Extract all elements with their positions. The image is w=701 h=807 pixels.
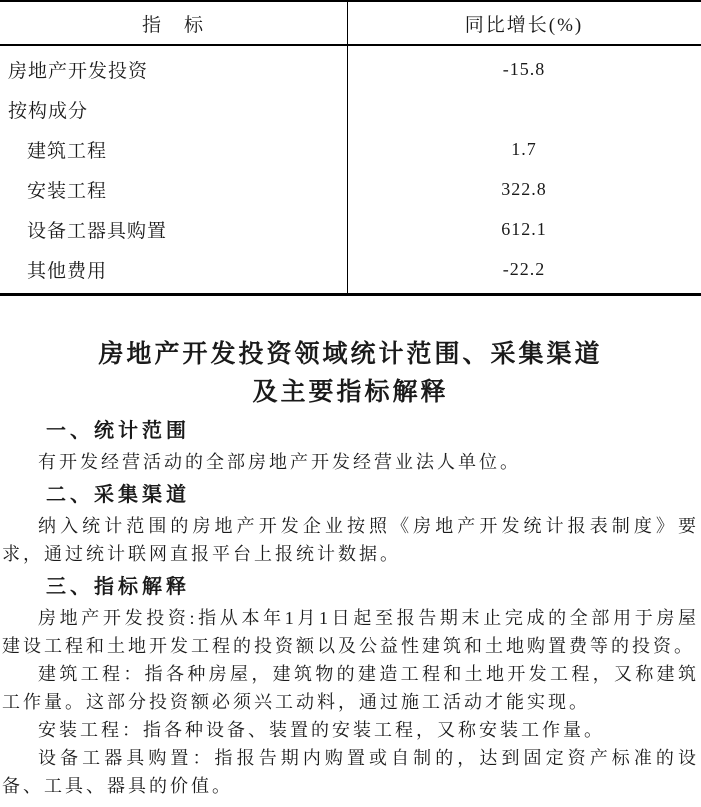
paragraph-construction-definition: 建筑工程：指各种房屋，建筑物的建造工程和土地开发工程，又称建筑工作量。这部分投资… — [2, 660, 699, 716]
article-title: 房地产开发投资领域统计范围、采集渠道 及主要指标解释 — [0, 336, 701, 412]
paragraph-equipment-definition: 设备工器具购置：指报告期内购置或自制的，达到固定资产标准的设备、工具、器具的价值… — [2, 744, 699, 800]
table-row: 设备工器具购置 612.1 — [0, 209, 701, 249]
article-sections: 一、统计范围 有开发经营活动的全部房地产开发经营业法人单位。 二、采集渠道 纳入… — [0, 418, 701, 800]
column-header-indicator: 指 标 — [0, 10, 347, 37]
paragraph-installation-definition: 安装工程：指各种设备、装置的安装工程，又称安装工作量。 — [2, 716, 699, 744]
article-title-line1: 房地产开发投资领域统计范围、采集渠道 — [0, 336, 701, 374]
row-label: 按构成分 — [0, 96, 347, 123]
table-row: 安装工程 322.8 — [0, 169, 701, 209]
table-row: 建筑工程 1.7 — [0, 129, 701, 169]
row-value: 322.8 — [347, 179, 701, 200]
indicator-table: 指 标 同比增长(%) 房地产开发投资 -15.8 按构成分 建筑工程 1.7 … — [0, 0, 701, 296]
table-row: 其他费用 -22.2 — [0, 249, 701, 289]
row-value: -22.2 — [347, 259, 701, 280]
document-page: 指 标 同比增长(%) 房地产开发投资 -15.8 按构成分 建筑工程 1.7 … — [0, 0, 701, 807]
table-row: 按构成分 — [0, 89, 701, 129]
row-label: 安装工程 — [0, 176, 347, 203]
row-value: 1.7 — [347, 139, 701, 160]
section-heading-collection-channel: 二、采集渠道 — [46, 482, 699, 508]
row-label: 房地产开发投资 — [0, 56, 347, 83]
table-row: 房地产开发投资 -15.8 — [0, 49, 701, 89]
table-header-row: 指 标 同比增长(%) — [0, 2, 701, 46]
column-header-yoy-growth: 同比增长(%) — [347, 10, 701, 37]
row-label: 设备工器具购置 — [0, 216, 347, 243]
table-column-divider — [347, 2, 348, 293]
section-heading-indicator-explanation: 三、指标解释 — [46, 574, 699, 600]
row-value: -15.8 — [347, 59, 701, 80]
section-heading-statistical-scope: 一、统计范围 — [46, 418, 699, 444]
row-label: 建筑工程 — [0, 136, 347, 163]
paragraph-statistical-scope: 有开发经营活动的全部房地产开发经营业法人单位。 — [2, 448, 699, 476]
paragraph-investment-definition: 房地产开发投资:指从本年1月1日起至报告期末止完成的全部用于房屋建设工程和土地开… — [2, 604, 699, 660]
row-label: 其他费用 — [0, 256, 347, 283]
article-title-line2: 及主要指标解释 — [0, 374, 701, 412]
row-value: 612.1 — [347, 219, 701, 240]
table-body: 房地产开发投资 -15.8 按构成分 建筑工程 1.7 安装工程 322.8 设… — [0, 46, 701, 293]
paragraph-collection-channel: 纳入统计范围的房地产开发企业按照《房地产开发统计报表制度》要求，通过统计联网直报… — [2, 512, 699, 568]
